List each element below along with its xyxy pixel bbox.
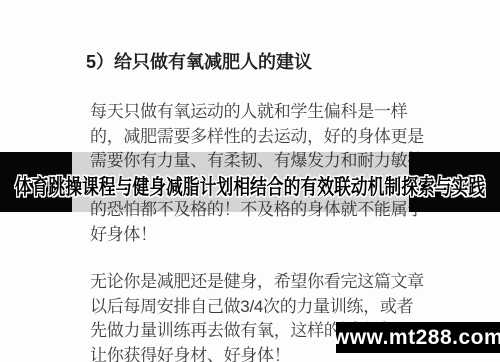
watermark-badge: www.mt288.com [336,322,500,353]
text-line: 无论你是减肥还是健身，希望你看完这篇文章 [90,270,426,295]
text-line: 好身体！ [90,223,426,248]
watermark-url-text: www.mt288.com [333,326,500,350]
overlay-title-band: 体育跳操课程与健身减脂计划相结合的有效联动机制探索与实践 [0,152,500,212]
text-line: 的，减肥需要多样性的去运动，好的身体更是 [90,125,426,150]
overlay-title-text: 体育跳操课程与健身减脂计划相结合的有效联动机制探索与实践 [15,171,485,201]
text-line: 以后每周安排自己做3/4次的力量训练，或者 [90,295,426,320]
overlay-title: 体育跳操课程与健身减脂计划相结合的有效联动机制探索与实践 [0,152,500,212]
article-screenshot-page: 5）给只做有氧减肥人的建议 每天只做有氧运动的人就和学生偏科是一样 的，减肥需要… [0,0,500,362]
section-heading: 5）给只做有氧减肥人的建议 [86,50,312,74]
text-line: 每天只做有氧运动的人就和学生偏科是一样 [90,100,426,125]
